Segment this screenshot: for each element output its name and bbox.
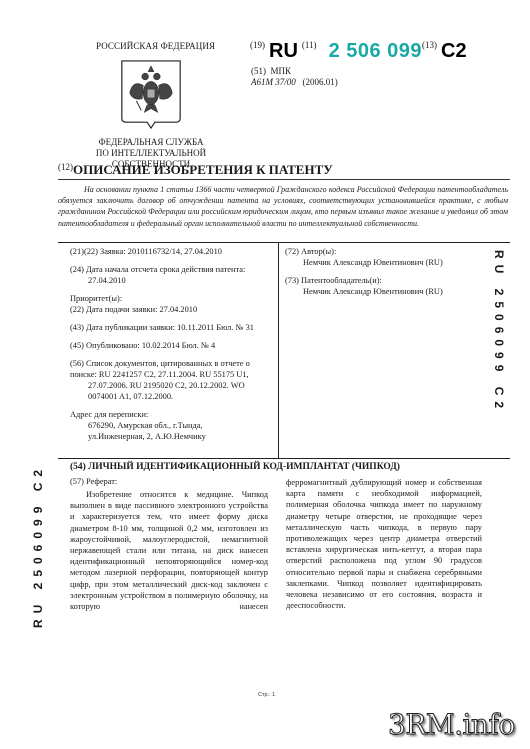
side-label-right-text: RU 2506099 C2: [492, 250, 506, 414]
cited-documents-field: (56) Список документов, цитированных в о…: [70, 358, 276, 402]
code-12: (12): [58, 162, 73, 172]
divider-bottom: [58, 458, 510, 459]
authors-field: (72) Автор(ы): Немчик Александр Ювентино…: [285, 246, 485, 268]
mpk-version: (2006.01): [303, 77, 338, 87]
term-start-label: (24) Дата начала отсчета срока действия …: [70, 264, 276, 275]
filing-date: (22) Дата подачи заявки: 27.04.2010: [70, 304, 276, 315]
bibliographic-right: (72) Автор(ы): Немчик Александр Ювентино…: [285, 246, 485, 304]
side-label-left: RU 2506099 C2: [27, 410, 47, 630]
publication-number: (19) RU (11) 2 506 099(13) C2: [250, 40, 467, 63]
term-start-value: 27.04.2010: [70, 275, 276, 286]
address-field: Адрес для переписки: 676290, Амурская об…: [70, 409, 276, 442]
priority-label: Приоритет(ы):: [70, 293, 276, 304]
country-name: РОССИЙСКАЯ ФЕДЕРАЦИЯ: [96, 41, 215, 51]
invention-title: (54) ЛИЧНЫЙ ИДЕНТИФИКАЦИОННЫЙ КОД-ИМПЛАН…: [70, 462, 400, 472]
code-11: (11): [302, 40, 317, 50]
code-19: (19): [250, 40, 265, 50]
side-label-left-text: RU 2506099 C2: [31, 464, 45, 628]
kind-code: C2: [441, 40, 467, 62]
owners-value: Немчик Александр Ювентинович (RU): [285, 286, 485, 297]
abstract-right-column: ферромагнитный дублирующий номер и собст…: [286, 477, 482, 611]
authors-label: (72) Автор(ы):: [285, 246, 485, 257]
abstract-label: (57) Реферат:: [70, 477, 117, 486]
divider-top: [58, 242, 510, 243]
priority-field: Приоритет(ы): (22) Дата подачи заявки: 2…: [70, 293, 276, 315]
invention-title-text: (54) ЛИЧНЫЙ ИДЕНТИФИКАЦИОННЫЙ КОД-ИМПЛАН…: [70, 462, 400, 472]
mpk-label: МПК: [271, 66, 292, 76]
address-line-1: 676290, Амурская обл., г.Тында,: [70, 420, 276, 431]
watermark: 3RM.info: [388, 708, 515, 741]
owners-label: (73) Патентообладатель(и):: [285, 275, 485, 286]
application-field: (21)(22) Заявка: 2010116732/14, 27.04.20…: [70, 246, 276, 257]
document-title: (12)ОПИСАНИЕ ИЗОБРЕТЕНИЯ К ПАТЕНТУ: [58, 162, 510, 180]
published-field: (45) Опубликовано: 10.02.2014 Бюл. № 4: [70, 340, 276, 351]
legal-notice: На основании пункта 1 статьи 1366 части …: [58, 184, 508, 229]
bibliographic-left: (21)(22) Заявка: 2010116732/14, 27.04.20…: [70, 246, 276, 449]
page-number: Стр.: 1: [258, 692, 275, 698]
ipc-classification: (51) МПК A61M 37/00 (2006.01): [251, 66, 338, 88]
code-51: (51): [251, 66, 266, 76]
address-label: Адрес для переписки:: [70, 409, 276, 420]
address-line-2: ул.Инженерная, 2, А.Ю.Немчику: [70, 431, 276, 442]
side-label-right: RU 2506099 C2: [490, 250, 510, 440]
country-code: RU: [269, 40, 298, 62]
column-divider: [278, 243, 279, 459]
code-13: (13): [422, 40, 437, 50]
patent-number: 2 506 099: [329, 40, 422, 62]
cited-label: (56) Список документов, цитированных в о…: [70, 358, 276, 380]
cited-cont: 27.07.2006. RU 2195020 C2, 20.12.2002. W…: [70, 380, 276, 402]
app-publication-field: (43) Дата публикации заявки: 10.11.2011 …: [70, 322, 276, 333]
abstract-left-column: Изобретение относится к медицине. Чипкод…: [70, 489, 268, 612]
title-text: ОПИСАНИЕ ИЗОБРЕТЕНИЯ К ПАТЕНТУ: [73, 162, 333, 177]
mpk-class: A61M 37/00: [251, 77, 296, 87]
term-start-field: (24) Дата начала отсчета срока действия …: [70, 264, 276, 286]
owners-field: (73) Патентообладатель(и): Немчик Алекса…: [285, 275, 485, 297]
russian-coat-of-arms-icon: [120, 60, 182, 130]
agency-line-1: ФЕДЕРАЛЬНАЯ СЛУЖБА: [62, 137, 240, 148]
authors-value: Немчик Александр Ювентинович (RU): [285, 257, 485, 268]
